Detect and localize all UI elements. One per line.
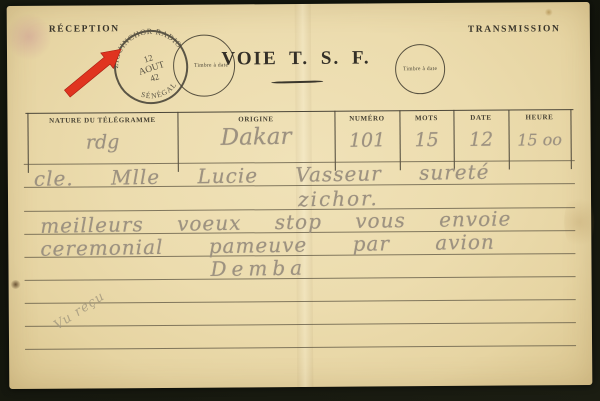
postmark-arc-bottom: SÉNÉGAL xyxy=(138,78,181,105)
red-arrow-icon xyxy=(59,43,129,98)
header-heure: HEURE xyxy=(508,113,570,121)
header-mots: MOTS xyxy=(399,114,453,122)
paper-stain xyxy=(564,192,594,252)
ruled-line xyxy=(25,345,576,350)
postmark-year: 42 xyxy=(149,71,161,83)
paper-speck xyxy=(545,8,553,16)
reception-label: RÉCEPTION xyxy=(49,24,120,34)
value-origine: Dakar xyxy=(177,123,334,151)
header-numero: NUMÉRO xyxy=(334,114,399,122)
title-underline xyxy=(271,80,323,83)
transmission-label: TRANSMISSION xyxy=(468,24,561,35)
header-nature: NATURE DU TÉLÉGRAMME xyxy=(27,116,177,125)
value-heure: 15 oo xyxy=(508,130,570,150)
message-signature: Demba xyxy=(210,256,307,282)
timbre-a-date-circle-transmission: Timbre à date xyxy=(395,44,445,94)
message-line-2: zichor. xyxy=(298,186,379,211)
paper-smudge xyxy=(7,12,51,62)
header-date: DATE xyxy=(453,114,508,122)
value-numero: 101 xyxy=(334,129,399,152)
value-nature: rdg xyxy=(27,130,177,154)
paper-speck xyxy=(11,280,21,289)
form-title: VOIE T. S. F. xyxy=(216,47,376,70)
timbre-a-date-label: Timbre à date xyxy=(403,66,437,72)
value-mots: 15 xyxy=(399,129,453,152)
telegram-form: RÉCEPTION TRANSMISSION VOIE T. S. F. Tim… xyxy=(7,2,593,389)
svg-text:SÉNÉGAL: SÉNÉGAL xyxy=(138,78,181,105)
ruled-line xyxy=(25,322,576,327)
value-date: 12 xyxy=(453,128,508,151)
